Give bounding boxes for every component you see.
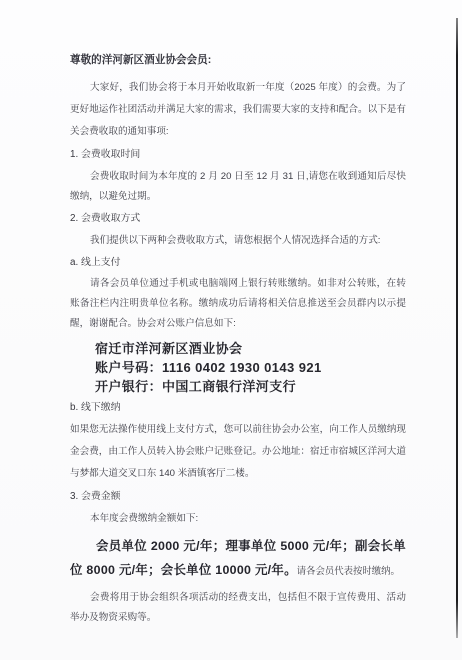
- scanned-document-page: 尊敬的洋河新区酒业协会会员: 大家好，我们协会将于本月开始收取新一年度（2025…: [0, 0, 462, 660]
- bank-account-block: 宿迁市洋河新区酒业协会 账户号码：1116 0402 1930 0143 921…: [95, 339, 406, 396]
- bank-account-name: 宿迁市洋河新区酒业协会: [95, 339, 406, 358]
- fee-payment-note: 请各会员代表按时缴纳。: [297, 565, 400, 576]
- scan-edge-line: [456, 18, 458, 638]
- fee-amounts-paragraph: 会员单位 2000 元/年；理事单位 5000 元/年；副会长单位 8000 元…: [70, 534, 406, 583]
- option-a-label: a. 线上支付: [70, 256, 406, 270]
- section1-body: 会费收取时间为本年度的 2 月 20 日至 12 月 31 日,请您在收到通知后…: [70, 167, 406, 207]
- salutation: 尊敬的洋河新区酒业协会会员:: [70, 53, 406, 67]
- bank-account-number: 账户号码：1116 0402 1930 0143 921: [95, 358, 406, 377]
- intro-paragraph: 大家好，我们协会将于本月开始收取新一年度（2025 年度）的会费。为了更好地运作…: [70, 77, 406, 143]
- option-b-label: b. 线下缴纳: [70, 401, 406, 415]
- section3-heading: 3. 会费金额: [70, 490, 406, 504]
- section1-heading: 1. 会费收取时间: [70, 148, 406, 162]
- option-b-body: 如果您无法操作使用线上支付方式，您可以前往协会办公室，向工作人员缴纳现金会费，由…: [70, 419, 406, 485]
- section2-heading: 2. 会费收取方式: [70, 212, 406, 226]
- section3-intro: 本年度会费缴纳金额如下:: [70, 509, 406, 529]
- option-a-body: 请各会员单位通过手机或电脑端网上银行转账缴纳。如非对公转账，在转账备注栏内注明贵…: [70, 274, 406, 334]
- section2-body: 我们提供以下两种会费收取方式，请您根据个人情况选择合适的方式:: [70, 231, 406, 251]
- letter-content: 尊敬的洋河新区酒业协会会员: 大家好，我们协会将于本月开始收取新一年度（2025…: [70, 53, 406, 633]
- bank-branch-name: 开户银行：中国工商银行洋河支行: [95, 377, 406, 396]
- fee-usage-paragraph: 会费将用于协会组织各项活动的经费支出，包括但不限于宣传费用、活动举办及物资采购等…: [70, 588, 406, 628]
